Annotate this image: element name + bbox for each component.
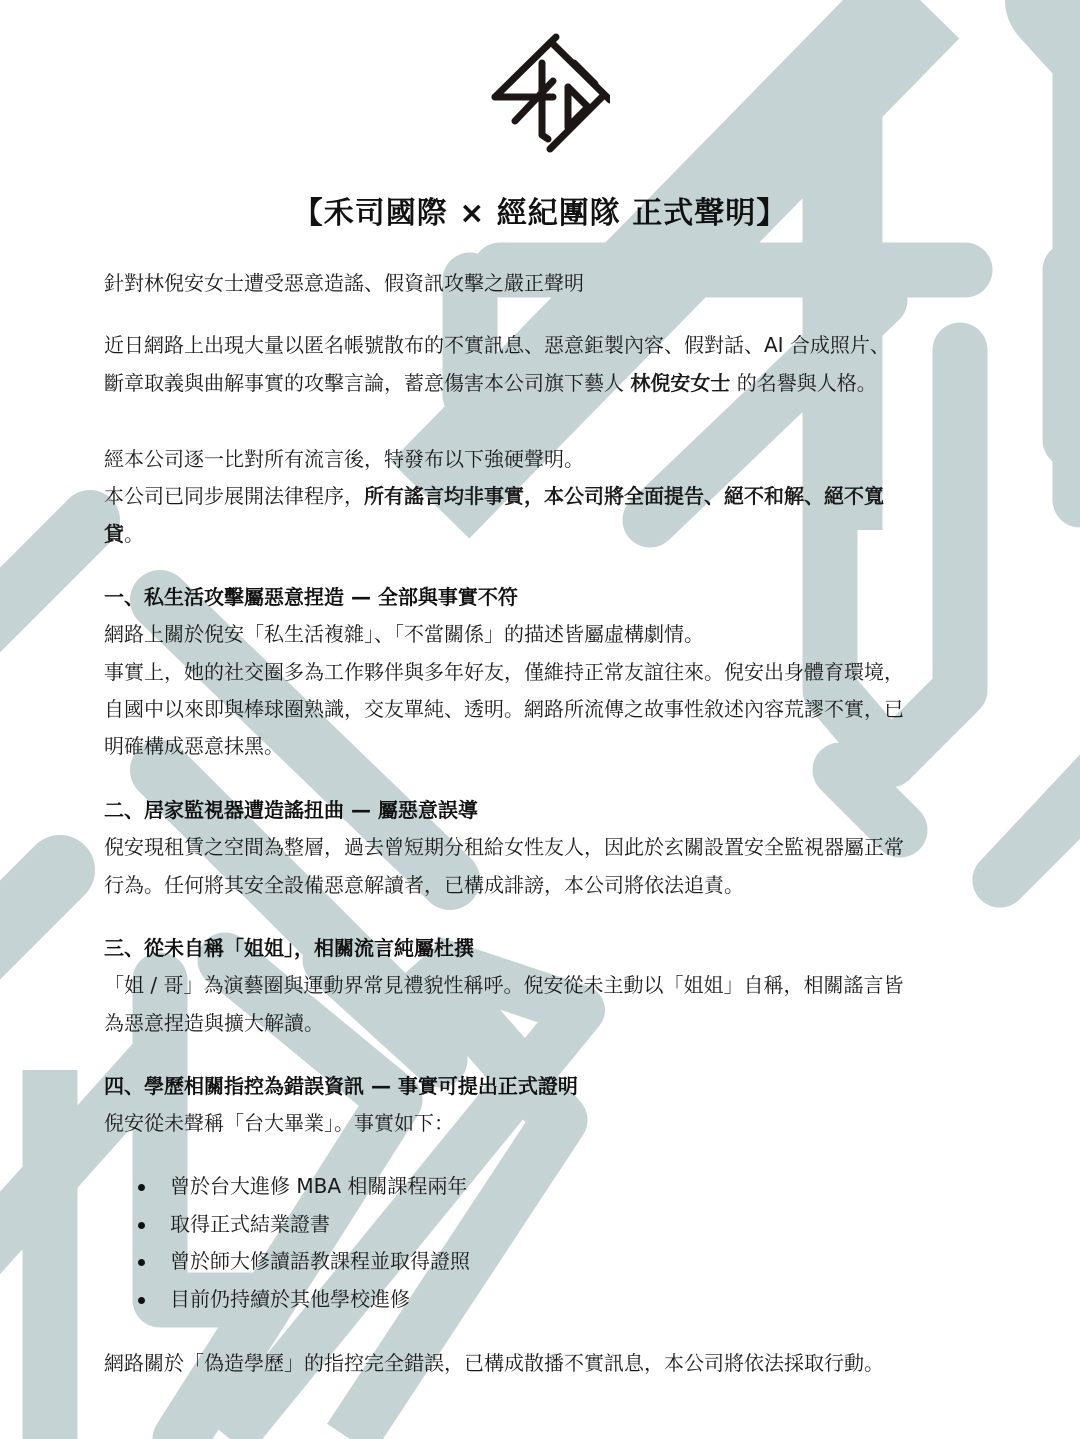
declaration-emphasis: 所有謠言均非事實，本公司將全面提告、絕不和解、絕不寬 (364, 484, 884, 508)
section-3-heading: 三、從未自稱「姐姐」，相關流言純屬杜撰 (104, 929, 474, 967)
intro-line-2: 斷章取義與曲解事實的攻擊言論，蓄意傷害本公司旗下藝人 林倪安女士 的名譽與人格。 (104, 364, 877, 402)
intro-line-1: 近日網路上出現大量以匿名帳號散布的不實訊息、惡意鉅製內容、假對話、AI 合成照片… (104, 326, 890, 364)
education-facts-list: 曾於台大進修 MBA 相關課程兩年 取得正式結業證書 曾於師大修讀語教課程並取得… (134, 1168, 470, 1318)
declaration-emphasis-end: 貸 (104, 522, 124, 546)
list-item-text: 曾於師大修讀語教課程並取得證照 (170, 1249, 470, 1273)
list-item: 取得正式結業證書 (134, 1206, 470, 1244)
section-1-heading: 一、私生活攻擊屬惡意捏造 — 全部與事實不符 (104, 578, 518, 616)
intro-text-end: 的名譽與人格。 (730, 371, 876, 395)
artist-name: 林倪安女士 (630, 371, 730, 395)
declaration-line-3: 貸。 (104, 515, 144, 553)
list-item: 曾於師大修讀語教課程並取得證照 (134, 1243, 470, 1281)
section-1-line: 明確構成惡意抹黑。 (104, 727, 284, 765)
list-item: 曾於台大進修 MBA 相關課程兩年 (134, 1168, 470, 1206)
intro-text: 斷章取義與曲解事實的攻擊言論，蓄意傷害本公司旗下藝人 (104, 371, 630, 395)
company-logo-icon (470, 15, 610, 155)
section-4-closing: 網路關於「偽造學歷」的指控完全錯誤，已構成散播不實訊息，本公司將依法採取行動。 (104, 1344, 884, 1382)
bullet-icon (138, 1297, 145, 1304)
declaration-line-2: 本公司已同步展開法律程序，所有謠言均非事實，本公司將全面提告、絕不和解、絕不寬 (104, 477, 884, 515)
bullet-icon (138, 1259, 145, 1266)
list-item-text: 曾於台大進修 MBA 相關課程兩年 (170, 1174, 467, 1198)
section-3-line: 「姐 / 哥」為演藝圈與運動界常見禮貌性稱呼。倪安從未主動以「姐姐」自稱，相關謠… (104, 966, 903, 1004)
section-2-heading: 二、居家監視器遭造謠扭曲 — 屬惡意誤導 (104, 791, 478, 829)
section-2-line: 倪安現租賃之空間為整層，過去曾短期分租給女性友人，因此於玄關設置安全監視器屬正常 (104, 828, 904, 866)
section-1-line: 自國中以來即與棒球圈熟識，交友單純、透明。網路所流傳之故事性敘述內容荒謬不實，已 (104, 690, 904, 728)
section-4-heading: 四、學歷相關指控為錯誤資訊 — 事實可提出正式證明 (104, 1067, 578, 1105)
section-4-line: 倪安從未聲稱「台大畢業」。事實如下： (104, 1104, 454, 1142)
bullet-icon (138, 1184, 145, 1191)
section-1-line: 網路上關於倪安「私生活複雜」、「不當關係」的描述皆屬虛構劇情。 (104, 615, 704, 653)
section-1-line: 事實上，她的社交圈多為工作夥伴與多年好友，僅維持正常友誼往來。倪安出身體育環境， (104, 653, 904, 691)
section-3-line: 為惡意捏造與擴大解讀。 (104, 1004, 324, 1042)
bullet-icon (138, 1222, 145, 1229)
statement-subtitle: 針對林倪安女士遭受惡意造謠、假資訊攻擊之嚴正聲明 (104, 264, 584, 302)
declaration-line-1: 經本公司逐一比對所有流言後，特發布以下強硬聲明。 (104, 440, 584, 478)
list-item-text: 目前仍持續於其他學校進修 (170, 1287, 410, 1311)
declaration-period: 。 (124, 522, 144, 546)
list-item: 目前仍持續於其他學校進修 (134, 1281, 470, 1319)
list-item-text: 取得正式結業證書 (170, 1212, 330, 1236)
section-2-line: 行為。任何將其安全設備惡意解讀者，已構成誹謗，本公司將依法追責。 (104, 866, 744, 904)
page-title: 【禾司國際 × 經紀團隊 正式聲明】 (0, 188, 1080, 232)
declaration-text: 本公司已同步展開法律程序， (104, 484, 364, 508)
